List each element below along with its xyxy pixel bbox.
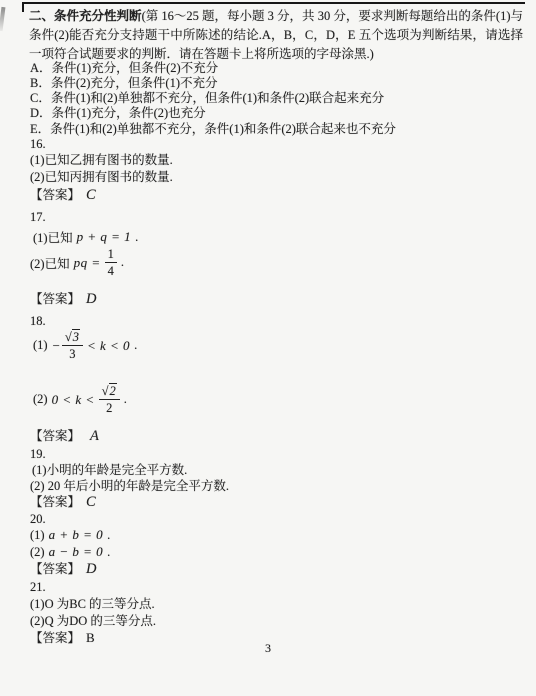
q17-cond2-fraction: 14 bbox=[105, 247, 117, 278]
q18-condition-1: (1)−√33< k < 0. bbox=[33, 330, 141, 361]
fraction-denominator: 4 bbox=[108, 263, 114, 278]
q20-condition-1: (1)a + b = 0. bbox=[30, 527, 114, 543]
radicand: 3 bbox=[72, 329, 80, 344]
q18-cond1-inequality: < k < 0 bbox=[87, 338, 130, 354]
option-b: B．条件(2)充分，但条件(1)不充分 bbox=[30, 75, 218, 91]
q19-answer-label: 【答案】 bbox=[30, 495, 80, 509]
top-border-line bbox=[22, 2, 525, 4]
q18-cond2-label: (2) bbox=[33, 392, 48, 407]
q17-condition-2: (2)已知pq =14. bbox=[30, 247, 128, 278]
q18-answer: 【答案】A bbox=[30, 428, 99, 444]
q18-cond1-fraction: √33 bbox=[62, 330, 83, 361]
q20-answer: 【答案】D bbox=[30, 561, 97, 577]
option-d: D．条件(1)充分，条件(2)也充分 bbox=[30, 105, 206, 121]
q21-condition-1: (1)O 为BC 的三等分点. bbox=[30, 596, 155, 612]
q16-answer: 【答案】C bbox=[30, 187, 96, 203]
q17-cond1-period: . bbox=[135, 230, 138, 245]
q16-number: 16. bbox=[30, 136, 46, 152]
exam-page: 二、条件充分性判断(第 16～25 题，每小题 3 分，共 30 分，要求判断每… bbox=[0, 0, 536, 696]
q19-condition-1: (1)小明的年龄是完全平方数. bbox=[32, 462, 187, 478]
q17-cond1-prefix: (1)已知 bbox=[33, 228, 73, 246]
q21-condition-2: (2)Q 为DO 的三等分点. bbox=[30, 613, 156, 629]
q16-answer-label: 【答案】 bbox=[30, 188, 80, 202]
q20-condition-2: (2)a − b = 0. bbox=[30, 544, 114, 560]
q20-cond1-period: . bbox=[107, 528, 110, 543]
fraction-numerator: 1 bbox=[105, 247, 117, 263]
q20-cond1-equation: a + b = 0 bbox=[49, 527, 104, 543]
page-number: 3 bbox=[0, 641, 536, 656]
q17-number: 17. bbox=[30, 209, 46, 225]
q17-cond2-prefix: (2)已知 bbox=[30, 254, 70, 272]
q18-answer-label: 【答案】 bbox=[30, 429, 80, 443]
fraction-denominator: 3 bbox=[69, 346, 75, 361]
sqrt-symbol: √ bbox=[65, 330, 72, 344]
q17-answer-letter: D bbox=[86, 291, 96, 307]
section-title: 二、条件充分性判断 bbox=[29, 9, 142, 23]
fraction-denominator: 2 bbox=[106, 400, 112, 415]
q17-answer-label: 【答案】 bbox=[30, 292, 80, 306]
section-intro: 二、条件充分性判断(第 16～25 题，每小题 3 分，共 30 分，要求判断每… bbox=[29, 7, 523, 64]
q17-condition-1: (1)已知p + q = 1. bbox=[33, 228, 142, 246]
q18-cond2-fraction: √22 bbox=[99, 384, 120, 415]
q18-number: 18. bbox=[30, 313, 46, 329]
q20-answer-label: 【答案】 bbox=[30, 562, 80, 576]
option-a: A．条件(1)充分，但条件(2)不充分 bbox=[30, 60, 218, 76]
q18-answer-letter: A bbox=[90, 428, 99, 444]
scan-artifact bbox=[0, 7, 5, 31]
q18-cond2-inequality: 0 < k < bbox=[52, 392, 95, 408]
q18-cond1-minus-sign: − bbox=[52, 338, 61, 354]
option-e: E．条件(1)和(2)单独都不充分，条件(1)和条件(2)联合起来也不充分 bbox=[30, 121, 396, 137]
fraction-numerator: √3 bbox=[62, 330, 83, 346]
q18-cond1-period: . bbox=[134, 338, 137, 353]
top-border-left-tick bbox=[22, 2, 24, 12]
q20-number: 20. bbox=[30, 511, 46, 527]
q17-cond2-period: . bbox=[121, 255, 124, 270]
q17-cond2-lhs: pq = bbox=[74, 255, 101, 271]
q19-condition-2: (2) 20 年后小明的年龄是完全平方数. bbox=[30, 478, 229, 494]
q16-answer-letter: C bbox=[86, 187, 96, 203]
sqrt-symbol: √ bbox=[102, 384, 109, 398]
option-c: C．条件(1)和(2)单独都不充分，但条件(1)和条件(2)联合起来充分 bbox=[30, 90, 384, 106]
radicand: 2 bbox=[109, 383, 117, 398]
q19-answer: 【答案】C bbox=[30, 494, 96, 510]
q19-answer-letter: C bbox=[86, 494, 96, 510]
q20-cond1-label: (1) bbox=[30, 528, 45, 543]
q18-cond1-label: (1) bbox=[33, 338, 48, 353]
q20-cond2-label: (2) bbox=[30, 545, 45, 560]
q20-answer-letter: D bbox=[86, 561, 96, 577]
q17-answer: 【答案】D bbox=[30, 291, 97, 307]
q20-cond2-period: . bbox=[107, 545, 110, 560]
q16-condition-1: (1)已知乙拥有图书的数量. bbox=[30, 152, 173, 168]
fraction-numerator: √2 bbox=[99, 384, 120, 400]
q17-cond1-equation: p + q = 1 bbox=[77, 229, 132, 245]
q18-condition-2: (2)0 < k <√22. bbox=[33, 384, 131, 415]
q16-condition-2: (2)已知丙拥有图书的数量. bbox=[30, 169, 173, 185]
q20-cond2-equation: a − b = 0 bbox=[49, 544, 104, 560]
q18-cond2-period: . bbox=[124, 392, 127, 407]
q21-number: 21. bbox=[30, 579, 46, 595]
q19-number: 19. bbox=[30, 446, 46, 462]
